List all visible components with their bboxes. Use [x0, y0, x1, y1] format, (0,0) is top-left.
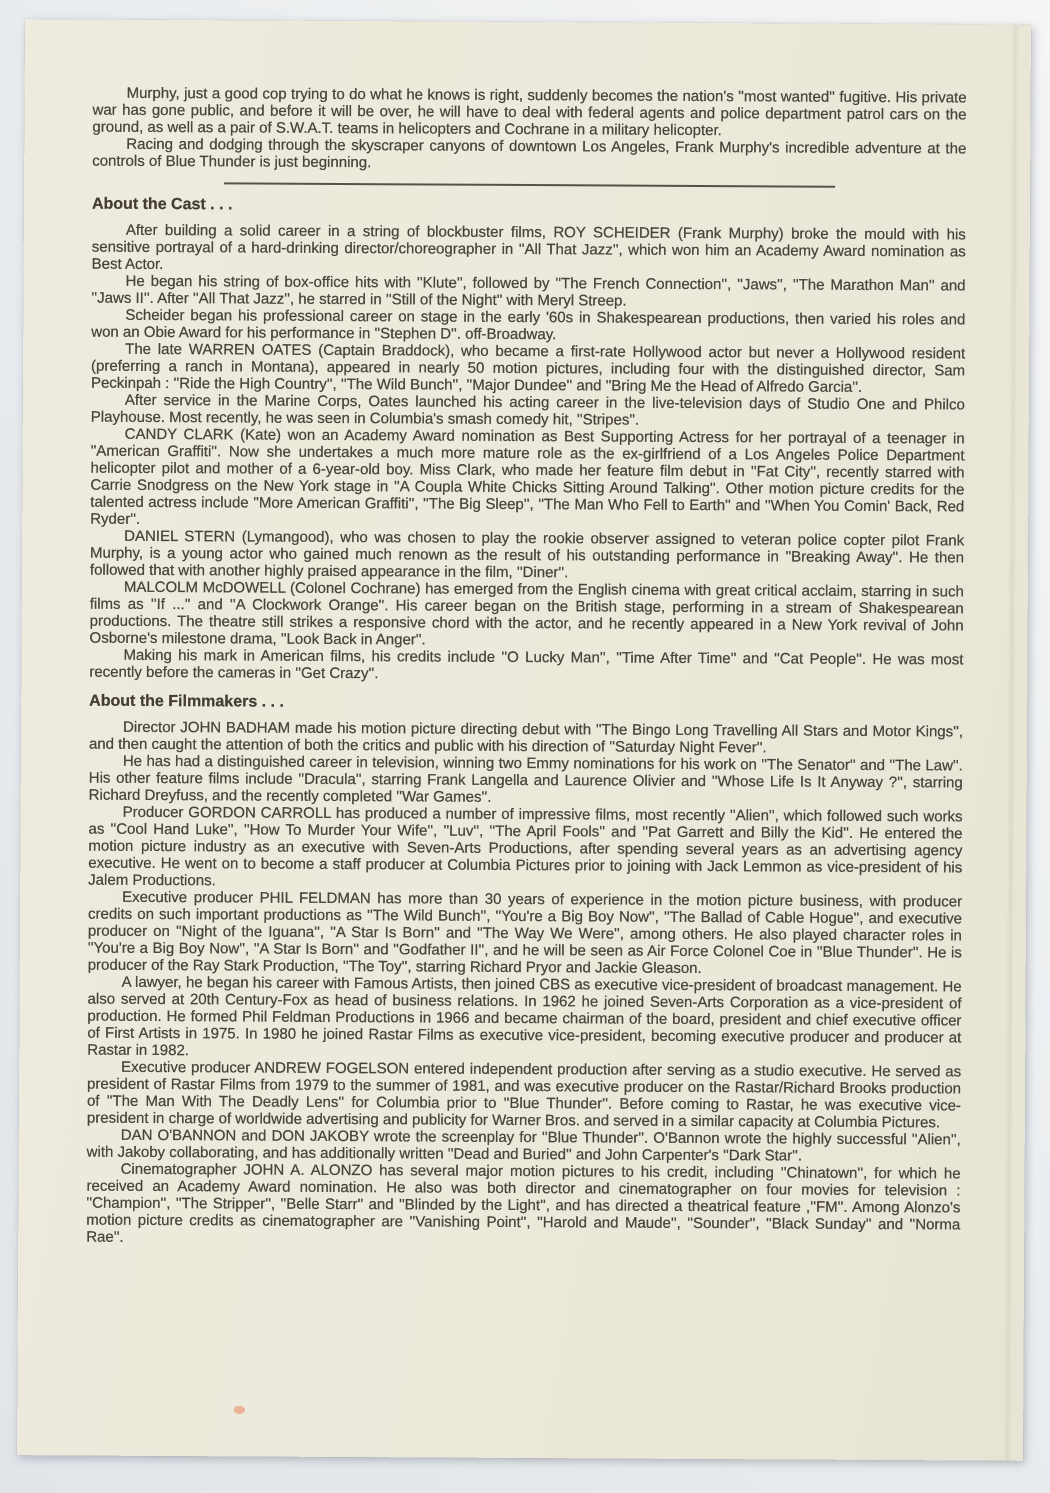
smudge-mark: [234, 1406, 245, 1414]
cast-paragraph: MALCOLM McDOWELL (Colonel Cochrane) has …: [90, 579, 964, 652]
intro-paragraph: Murphy, just a good cop trying to do wha…: [92, 85, 966, 141]
filmmakers-paragraph: Cinematographer JOHN A. ALONZO has sever…: [86, 1161, 960, 1251]
filmmakers-paragraph: Executive producer PHIL FELDMAN has more…: [88, 889, 962, 979]
cast-paragraph: Making his mark in American films, his c…: [89, 647, 963, 686]
cast-paragraph: After service in the Marine Corps, Oates…: [91, 392, 965, 431]
cast-paragraph: CANDY CLARK (Kate) won an Academy Award …: [90, 426, 965, 533]
divider-rule: [224, 182, 835, 187]
filmmakers-paragraph: He has had a distinguished career in tel…: [89, 753, 963, 809]
filmmakers-paragraph: Director JOHN BADHAM made his motion pic…: [89, 719, 963, 758]
filmmakers-paragraph: Producer GORDON CARROLL has produced a n…: [88, 804, 962, 894]
scan-background: { "colors": { "scan_background": "#e8ebe…: [0, 0, 1050, 1493]
cast-paragraph: DANIEL STERN (Lymangood), who was chosen…: [90, 528, 964, 584]
filmmakers-paragraph: Executive producer ANDREW FOGELSON enter…: [87, 1059, 961, 1132]
scanned-page: Murphy, just a good cop trying to do wha…: [17, 19, 1031, 1461]
filmmakers-paragraph: DAN O'BANNON and DON JAKOBY wrote the sc…: [87, 1127, 961, 1166]
filmmakers-section-heading: About the Filmmakers . . .: [89, 692, 963, 717]
cast-paragraph: The late WARREN OATES (Captain Braddock)…: [91, 341, 965, 397]
intro-paragraph: Racing and dodging through the skyscrape…: [92, 136, 966, 175]
cast-paragraph: He began his string of box-office hits w…: [91, 273, 965, 312]
cast-paragraph: Scheider began his professional career o…: [91, 307, 965, 346]
filmmakers-paragraph: A lawyer, he began his career with Famou…: [87, 974, 961, 1064]
cast-paragraph: After building a solid career in a strin…: [92, 222, 966, 278]
cast-section-heading: About the Cast . . .: [92, 195, 966, 220]
